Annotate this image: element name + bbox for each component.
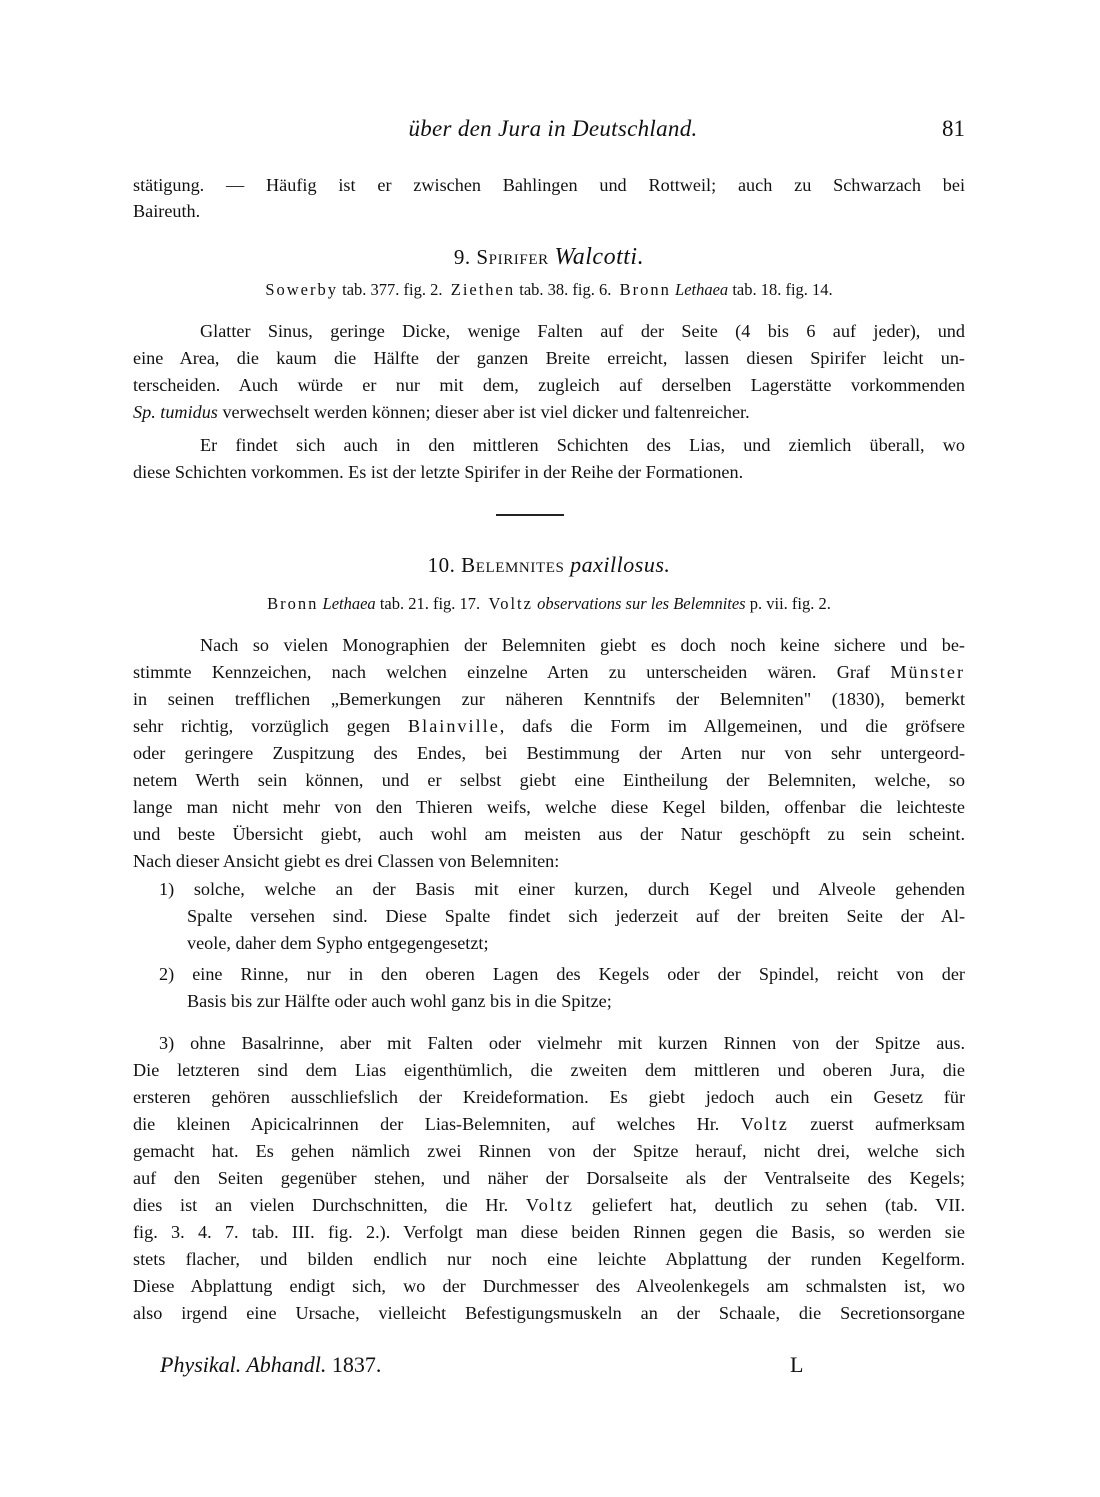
person-name: Blainville bbox=[408, 716, 500, 736]
paragraph-text: verwechselt werden können; dieser aber i… bbox=[218, 402, 750, 422]
genus-name: Spirifer bbox=[476, 245, 548, 269]
paragraph-line: also irgend eine Ursache, vielleicht Bef… bbox=[133, 1300, 965, 1326]
work-title: Lethaea bbox=[323, 594, 376, 613]
citation: tab. 18. fig. 14. bbox=[732, 280, 832, 299]
paragraph-text: , dafs die Form im Allgemeinen, und die … bbox=[500, 716, 965, 736]
section-heading-9: 9. Spirifer Walcotti. bbox=[133, 244, 965, 271]
carryover-line-1: stätigung. — Häufig ist er zwischen Bahl… bbox=[133, 172, 965, 198]
document-page: über den Jura in Deutschland. 81 stätigu… bbox=[0, 0, 1100, 1497]
paragraph-line: Nach dieser Ansicht giebt es drei Classe… bbox=[133, 848, 965, 874]
paragraph-line: oder geringere Zuspitzung des Endes, bei… bbox=[133, 740, 965, 766]
author-name: Ziethen bbox=[451, 280, 515, 299]
section-divider bbox=[496, 514, 564, 516]
paragraph-text: sehr richtig, vorzüglich gegen bbox=[133, 716, 408, 736]
person-name: Voltz bbox=[526, 1195, 574, 1215]
list-marker: 1) bbox=[159, 879, 174, 899]
species-name: paxillosus. bbox=[570, 552, 670, 577]
paragraph-line: Diese Abplattung endigt sich, wo der Dur… bbox=[133, 1273, 965, 1299]
paragraph-line: diese Schichten vorkommen. Es ist der le… bbox=[133, 459, 965, 485]
paragraph-line: in seinen trefflichen „Bemerkungen zur n… bbox=[133, 686, 965, 712]
author-name: Voltz bbox=[488, 594, 533, 613]
work-title: Lethaea bbox=[675, 280, 728, 299]
paragraph-line: dies ist an vielen Durchschnitten, die H… bbox=[133, 1192, 965, 1218]
paragraph-line: und beste Übersicht giebt, auch wohl am … bbox=[133, 821, 965, 847]
paragraph-line: auf den Seiten gegenüber stehen, und näh… bbox=[133, 1165, 965, 1191]
section-heading-10: 10. Belemnites paxillosus. bbox=[133, 552, 965, 578]
list-item-2-cont: Basis bis zur Hälfte oder auch wohl ganz… bbox=[187, 988, 965, 1014]
paragraph-text: zuerst aufmerksam bbox=[789, 1114, 965, 1134]
citation: tab. 38. fig. 6. bbox=[519, 280, 611, 299]
list-marker: 3) bbox=[159, 1033, 174, 1053]
paragraph-line: ersteren gehören ausschliefslich der Kre… bbox=[133, 1084, 965, 1110]
paragraph-text: die kleinen Apicicalrinnen der Lias-Bele… bbox=[133, 1114, 741, 1134]
author-name: Bronn bbox=[620, 280, 671, 299]
paragraph-line: fig. 3. 4. 7. tab. III. fig. 2.). Verfol… bbox=[133, 1219, 965, 1245]
running-head: über den Jura in Deutschland. 81 bbox=[133, 116, 965, 148]
paragraph-line: Glatter Sinus, geringe Dicke, wenige Fal… bbox=[200, 318, 965, 344]
carryover-line-2: Baireuth. bbox=[133, 198, 965, 224]
paragraph-line: sehr richtig, vorzüglich gegen Blainvill… bbox=[133, 713, 965, 739]
list-text: solche, welche an der Basis mit einer ku… bbox=[194, 879, 965, 899]
section-number: 9. bbox=[454, 245, 471, 269]
paragraph-line: Die letzteren sind dem Lias eigenthümlic… bbox=[133, 1057, 965, 1083]
citation: p. vii. fig. 2. bbox=[750, 594, 831, 613]
author-name: Sowerby bbox=[265, 280, 338, 299]
paragraph-line: stets flacher, und bilden endlich nur no… bbox=[133, 1246, 965, 1272]
sheet-signature-mark: L bbox=[790, 1352, 803, 1378]
paragraph-line: Nach so vielen Monographien der Belemnit… bbox=[200, 632, 965, 658]
paragraph-text: geliefert hat, deutlich zu sehen (tab. V… bbox=[574, 1195, 965, 1215]
paragraph-line: gemacht hat. Es gehen nämlich zwei Rinne… bbox=[133, 1138, 965, 1164]
paragraph-text: dies ist an vielen Durchschnitten, die H… bbox=[133, 1195, 526, 1215]
paragraph-line: stimmte Kennzeichen, nach welchen einzel… bbox=[133, 659, 965, 685]
paragraph-line: terscheiden. Auch würde er nur mit dem, … bbox=[133, 372, 965, 398]
paragraph-line: Sp. tumidus verwechselt werden können; d… bbox=[133, 399, 965, 425]
person-name: Münster bbox=[890, 662, 965, 682]
list-item-1-cont: Spalte versehen sind. Diese Spalte finde… bbox=[187, 903, 965, 929]
page-number: 81 bbox=[942, 116, 965, 142]
author-name: Bronn bbox=[267, 594, 318, 613]
paragraph-line: Er findet sich auch in den mittleren Sch… bbox=[200, 432, 965, 458]
list-text: eine Rinne, nur in den oberen Lagen des … bbox=[192, 964, 965, 984]
list-text: ohne Basalrinne, aber mit Falten oder vi… bbox=[190, 1033, 965, 1053]
paragraph-line: die kleinen Apicicalrinnen der Lias-Bele… bbox=[133, 1111, 965, 1137]
list-item-2: 2) eine Rinne, nur in den oberen Lagen d… bbox=[159, 961, 965, 987]
list-item-1-cont: veole, daher dem Sypho entgegengesetzt; bbox=[187, 930, 965, 956]
species-name: Walcotti. bbox=[554, 244, 644, 270]
references-section-9: Sowerby tab. 377. fig. 2. Ziethen tab. 3… bbox=[133, 280, 965, 300]
running-title: über den Jura in Deutschland. bbox=[373, 116, 733, 142]
section-number: 10. bbox=[428, 553, 456, 577]
paragraph-line: netem Werth sein können, und er selbst g… bbox=[133, 767, 965, 793]
paragraph-line: eine Area, die kaum die Hälfte der ganze… bbox=[133, 345, 965, 371]
citation: tab. 21. fig. 17. bbox=[380, 594, 480, 613]
citation: tab. 377. fig. 2. bbox=[342, 280, 442, 299]
work-title: observations sur les Belemnites bbox=[537, 594, 746, 613]
species-abbrev: Sp. tumidus bbox=[133, 402, 218, 422]
genus-name: Belemnites bbox=[461, 553, 564, 577]
journal-abbrev: Physikal. Abhandl. bbox=[160, 1352, 326, 1377]
paragraph-text: stimmte Kennzeichen, nach welchen einzel… bbox=[133, 662, 890, 682]
references-section-10: Bronn Lethaea tab. 21. fig. 17. Voltz ob… bbox=[133, 594, 965, 614]
list-item-3: 3) ohne Basalrinne, aber mit Falten oder… bbox=[159, 1030, 965, 1056]
person-name: Voltz bbox=[741, 1114, 789, 1134]
list-item-1: 1) solche, welche an der Basis mit einer… bbox=[159, 876, 965, 902]
paragraph-line: lange man nicht mehr von den Thieren wei… bbox=[133, 794, 965, 820]
footer-signature: Physikal. Abhandl. 1837. bbox=[160, 1352, 381, 1378]
list-marker: 2) bbox=[159, 964, 174, 984]
journal-year: 1837. bbox=[326, 1352, 381, 1377]
